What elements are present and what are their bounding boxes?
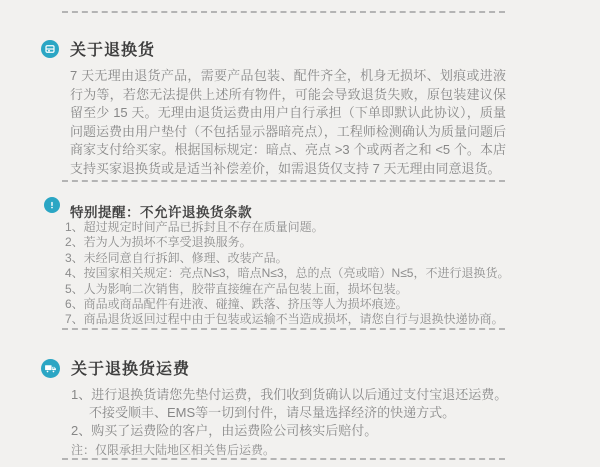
shipping-fee-text: 1、进行退换货请您先垫付运费，我们收到货确认以后通过支付宝退还运费。 不接受顺丰…	[71, 386, 531, 440]
return-policy-page: 关于退换货 7 天无理由退货产品，需要产品包装、配件齐全，机身无损坏、划痕或进液…	[0, 0, 600, 467]
dashed-divider-1	[62, 180, 505, 182]
return-policy-body: 7 天无理由退货产品，需要产品包装、配件齐全，机身无损坏、划痕或进液行为等，若您…	[70, 67, 506, 178]
list-item: 1、超过规定时间产品已拆封且不存在质量问题。	[65, 220, 535, 235]
dashed-divider-top	[62, 11, 505, 13]
section-title-special-reminder: 特别提醒：不允许退换货条款	[70, 201, 252, 221]
exclamation-icon	[44, 197, 60, 213]
section-title-shipping-fee: 关于退换货运费	[71, 361, 190, 379]
dashed-divider-bottom	[62, 458, 505, 460]
section-title-return-policy: 关于退换货	[70, 42, 155, 60]
fee-line: 不接受顺丰、EMS等一切到付件，请尽量选择经济的快递方式。	[71, 404, 531, 422]
list-item: 2、若为人为损坏不享受退换服务。	[65, 235, 535, 250]
dashed-divider-2	[62, 328, 505, 330]
fee-line: 2、购买了运费险的客户，由运费险公司核实后赔付。	[71, 422, 531, 440]
list-item: 7、商品退货返回过程中由于包装或运输不当造成损坏，请您自行与退换快递协商。	[65, 312, 535, 327]
list-item: 3、未经同意自行拆卸、修理、改装产品。	[65, 251, 535, 266]
forbidden-return-list: 1、超过规定时间产品已拆封且不存在质量问题。 2、若为人为损坏不享受退换服务。 …	[65, 220, 535, 328]
truck-icon	[41, 359, 60, 378]
fee-line: 1、进行退换货请您先垫付运费，我们收到货确认以后通过支付宝退还运费。	[71, 386, 531, 404]
fee-note: 注：仅限承担大陆地区相关售后运费。	[71, 441, 275, 458]
list-item: 5、人为影响二次销售，胶带直接缠在产品包装上面，损坏包装。	[65, 282, 535, 297]
package-icon	[41, 40, 59, 58]
list-item: 4、按国家相关规定：亮点N≤3，暗点N≤3，总的点（亮或暗）N≤5，不进行退换货…	[65, 266, 535, 281]
list-item: 6、商品或商品配件有进液、碰撞、跌落、挤压等人为损坏痕迹。	[65, 297, 535, 312]
